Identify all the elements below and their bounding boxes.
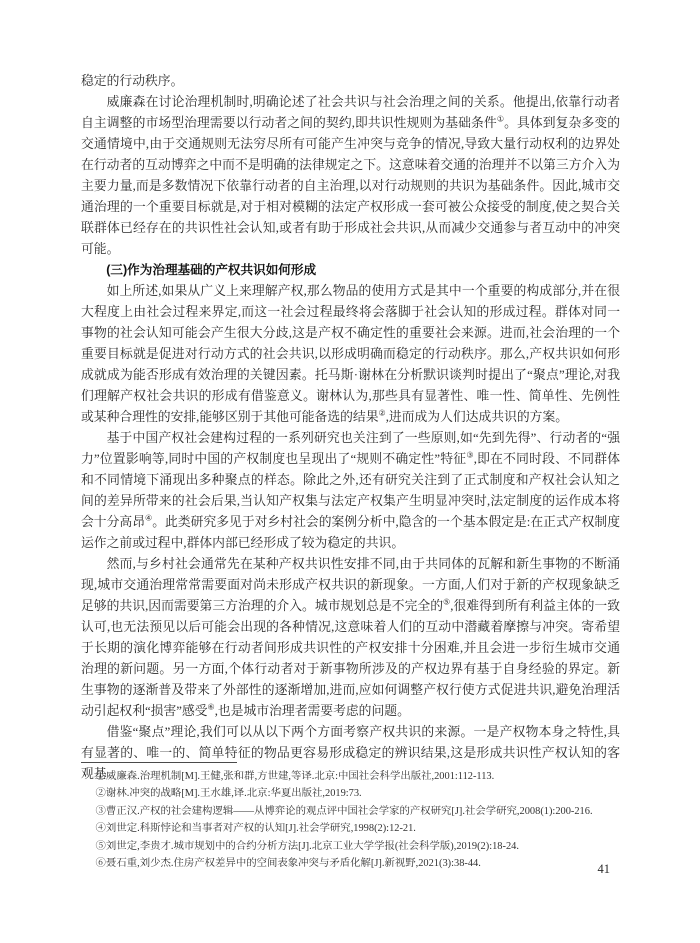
footnote-ref: ③ (466, 451, 473, 460)
paragraph: 如上所述,如果从广义上来理解产权,那么物品的使用方式是其中一个重要的构成部分,并… (81, 281, 620, 428)
footnote-item: ④刘世定.科斯悖论和当事者对产权的认知[J].社会学研究,1998(2):12-… (81, 820, 620, 837)
paragraph: 基于中国产权社会建构过程的一系列研究也关注到了一些原则,如“先到先得”、行动者的… (81, 428, 620, 554)
footnote-item: ①威廉森.治理机制[M].王健,张和群,方世建,等译.北京:中国社会科学出版社,… (81, 768, 620, 785)
section-heading: (三)作为治理基础的产权共识如何形成 (81, 260, 620, 281)
paragraph: 然而,与乡村社会通常先在某种产权共识性安排不同,由于共同体的瓦解和新生事物的不断… (81, 554, 620, 722)
footnote-item: ⑤刘世定,李贵才.城市规划中的合约分析方法[J].北京工业大学学报(社会科学版)… (81, 838, 620, 855)
footnote-ref: ⑤ (443, 598, 450, 607)
article-body: 稳定的行动秩序。威廉森在讨论治理机制时,明确论述了社会共识与社会治理之间的关系。… (81, 71, 620, 785)
footnote-ref: ④ (145, 514, 152, 523)
footnote-ref: ② (379, 409, 386, 418)
footnote-ref: ① (497, 115, 504, 124)
paragraph: 稳定的行动秩序。 (81, 71, 620, 92)
footnote-item: ⑥聂石重,刘少杰.住房产权差异中的空间表象冲突与矛盾化解[J].新视野,2021… (81, 855, 620, 872)
footnote-item: ②谢林.冲突的战略[M].王水雄,译.北京:华夏出版社,2019:73. (81, 785, 620, 802)
footnotes-section: ①威廉森.治理机制[M].王健,张和群,方世建,等译.北京:中国社会科学出版社,… (81, 762, 620, 872)
page-number: 41 (598, 862, 611, 877)
footnote-item: ③曹正汉.产权的社会建构逻辑——从博弈论的观点评中国社会学家的产权研究[J].社… (81, 803, 620, 820)
footnote-list: ①威廉森.治理机制[M].王健,张和群,方世建,等译.北京:中国社会科学出版社,… (81, 768, 620, 872)
footnote-ref: ⑥ (208, 703, 215, 712)
paragraph: 威廉森在讨论治理机制时,明确论述了社会共识与社会治理之间的关系。他提出,依靠行动… (81, 92, 620, 260)
footnote-separator (81, 762, 237, 763)
document-page: 稳定的行动秩序。威廉森在讨论治理机制时,明确论述了社会共识与社会治理之间的关系。… (0, 0, 700, 943)
